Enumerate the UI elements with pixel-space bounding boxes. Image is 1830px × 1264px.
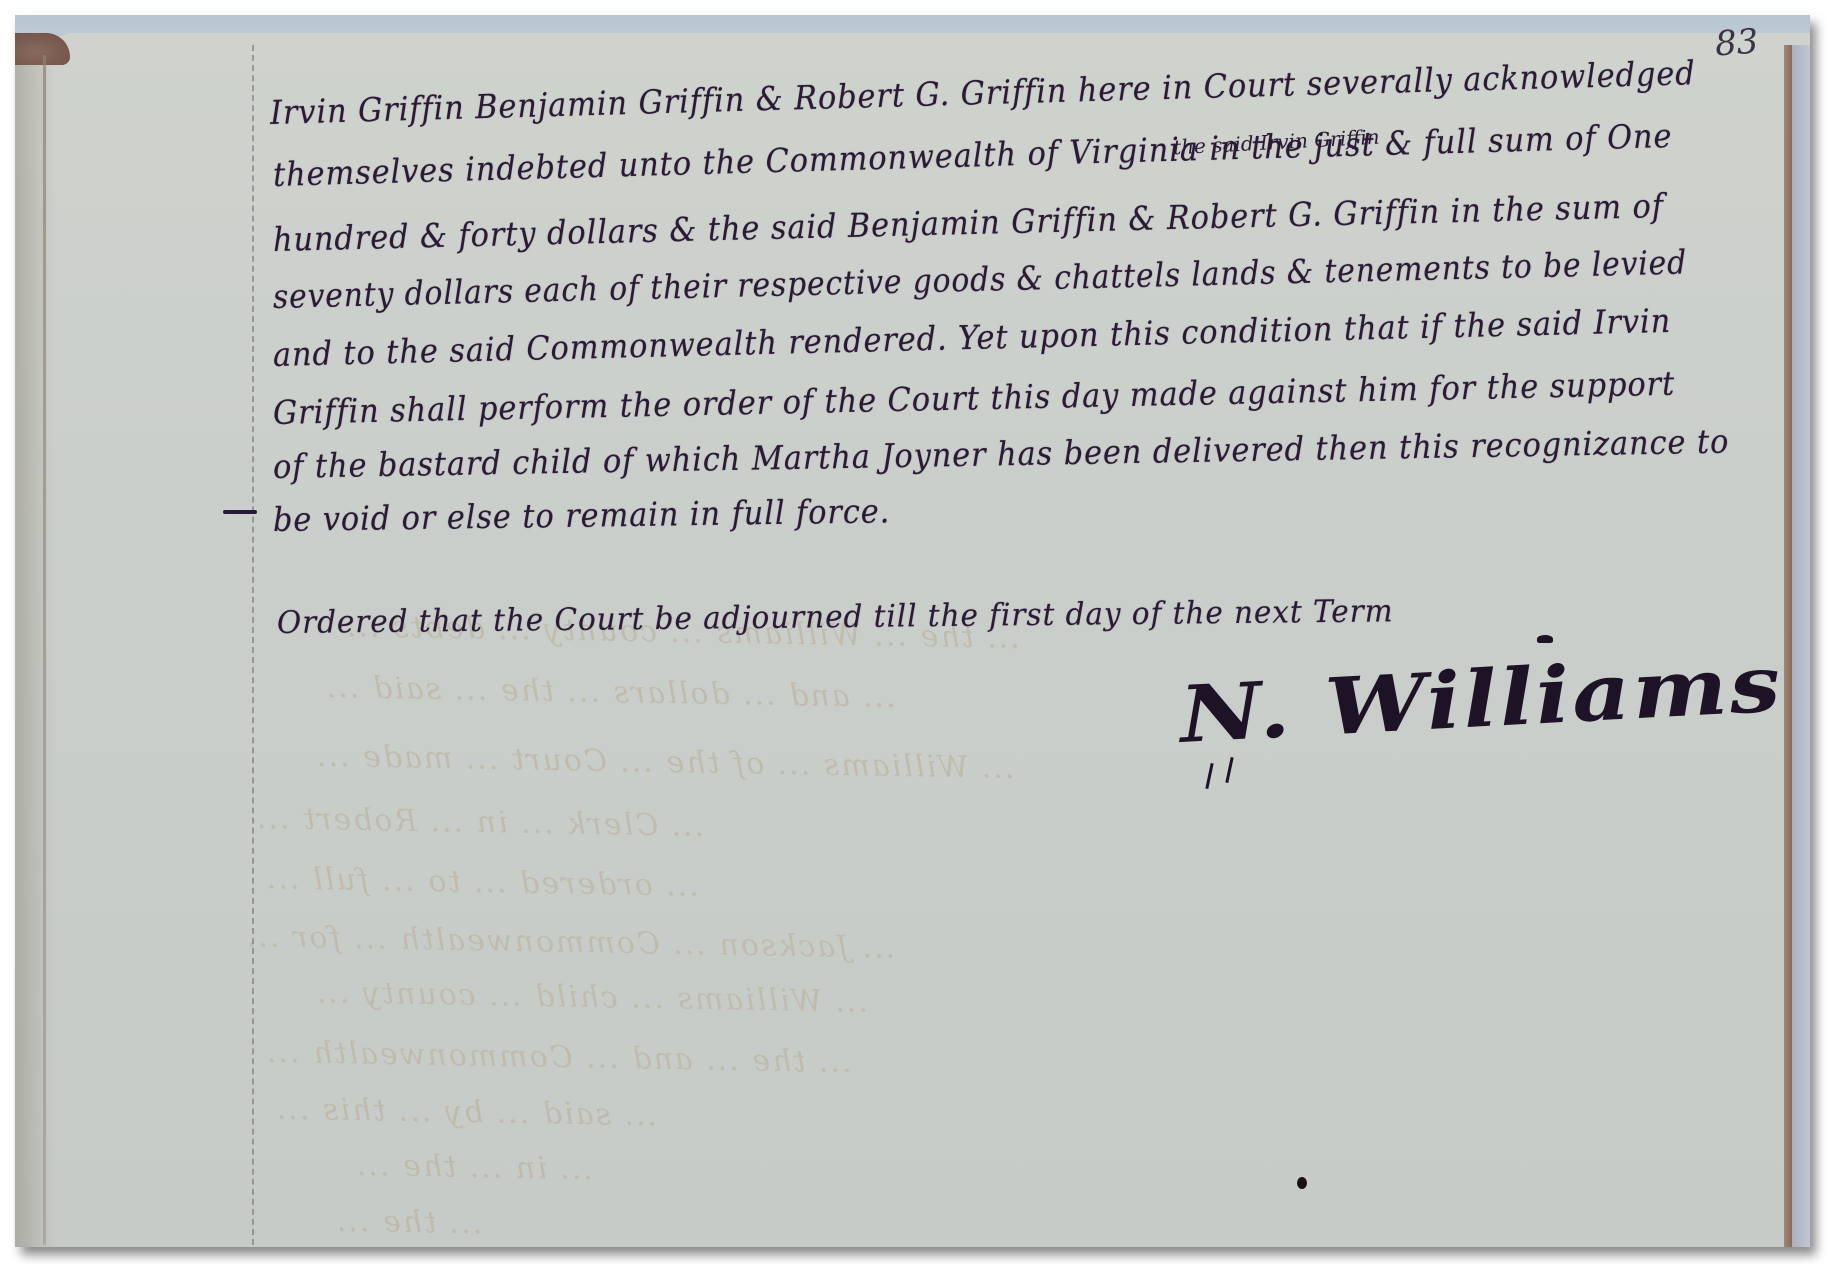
ink-blot — [1297, 1177, 1307, 1189]
right-backdrop — [1792, 45, 1810, 1247]
bleed-through-line: ... in ... the ... — [355, 1148, 594, 1187]
photo-stage: ... the ... Williams ... county ... debt… — [0, 0, 1830, 1264]
book-gutter — [43, 55, 46, 1245]
end-flourish-mark — [1537, 635, 1553, 643]
book-cover-edge — [1784, 45, 1792, 1247]
margin-dash-mark — [223, 510, 257, 514]
ledger-page: ... the ... Williams ... county ... debt… — [15, 15, 1810, 1247]
bleed-through-line: ... said ... by ... this ... — [275, 1092, 658, 1134]
page-number: 83 — [1714, 22, 1760, 65]
bleed-through-line: ... the ... — [335, 1204, 483, 1242]
margin-rule-line — [252, 45, 254, 1245]
